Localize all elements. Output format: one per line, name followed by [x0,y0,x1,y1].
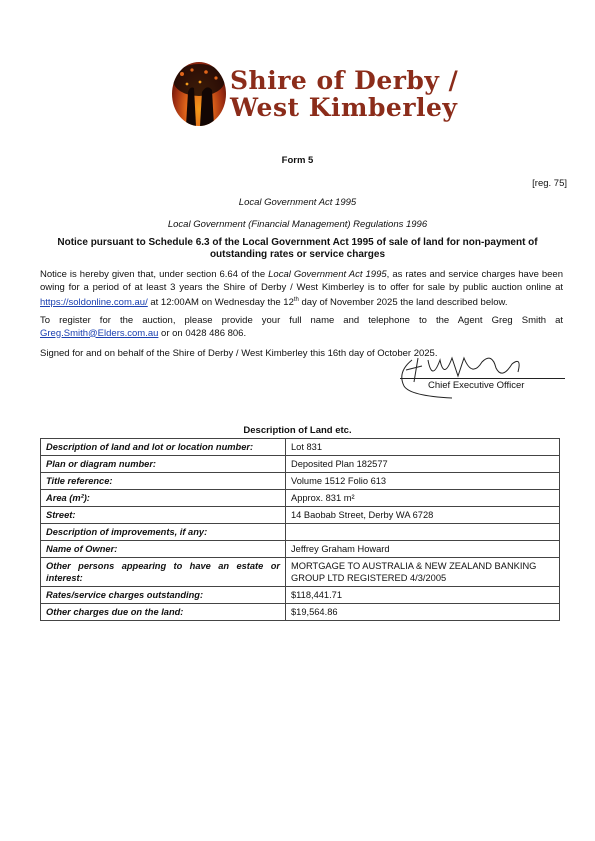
notice-paragraph: Notice is hereby given that, under secti… [40,269,563,310]
table-row: Street:14 Baobab Street, Derby WA 6728 [41,507,560,524]
row-label: Rates/service charges outstanding: [41,587,286,604]
row-value: $118,441.71 [286,587,560,604]
table-row: Area (m²):Approx. 831 m² [41,490,560,507]
row-value: Approx. 831 m² [286,490,560,507]
signature-line [400,378,565,379]
agent-email-link[interactable]: Greg.Smith@Elders.com.au [40,328,158,339]
row-value: $19,564.86 [286,604,560,621]
regulation-reference: [reg. 75] [532,178,567,189]
table-row: Plan or diagram number:Deposited Plan 18… [41,456,560,473]
table-row: Description of land and lot or location … [41,439,560,456]
row-value: Deposited Plan 182577 [286,456,560,473]
baobab-tree-icon [172,62,226,126]
table-row: Title reference:Volume 1512 Folio 613 [41,473,560,490]
form-title: Form 5 [0,155,595,166]
row-value: Lot 831 [286,439,560,456]
notice-heading: Notice pursuant to Schedule 6.3 of the L… [40,237,555,261]
row-label: Name of Owner: [41,541,286,558]
auction-link[interactable]: https://soldonline.com.au/ [40,297,148,308]
row-label: Title reference: [41,473,286,490]
table-row: Name of Owner:Jeffrey Graham Howard [41,541,560,558]
row-label: Description of improvements, if any: [41,524,286,541]
row-value: 14 Baobab Street, Derby WA 6728 [286,507,560,524]
row-value: Jeffrey Graham Howard [286,541,560,558]
table-row: Description of improvements, if any: [41,524,560,541]
shire-logo: Shire of Derby / West Kimberley [172,62,458,126]
register-paragraph: To register for the auction, please prov… [40,315,563,340]
row-value [286,524,560,541]
table-row: Other charges due on the land:$19,564.86 [41,604,560,621]
act-title: Local Government Act 1995 [0,197,595,208]
signature-icon [392,352,552,402]
row-label: Plan or diagram number: [41,456,286,473]
table-row: Other persons appearing to have an estat… [41,558,560,587]
shire-name: Shire of Derby / West Kimberley [230,67,458,121]
land-description-table: Description of land and lot or location … [40,438,560,621]
row-label: Other persons appearing to have an estat… [41,558,286,587]
row-label: Street: [41,507,286,524]
row-label: Description of land and lot or location … [41,439,286,456]
signatory-title: Chief Executive Officer [428,380,524,391]
table-row: Rates/service charges outstanding:$118,4… [41,587,560,604]
row-label: Area (m²): [41,490,286,507]
row-value: Volume 1512 Folio 613 [286,473,560,490]
regulations-title: Local Government (Financial Management) … [0,219,595,230]
row-value: MORTGAGE TO AUSTRALIA & NEW ZEALAND BANK… [286,558,560,587]
row-label: Other charges due on the land: [41,604,286,621]
land-table-title: Description of Land etc. [0,425,595,436]
